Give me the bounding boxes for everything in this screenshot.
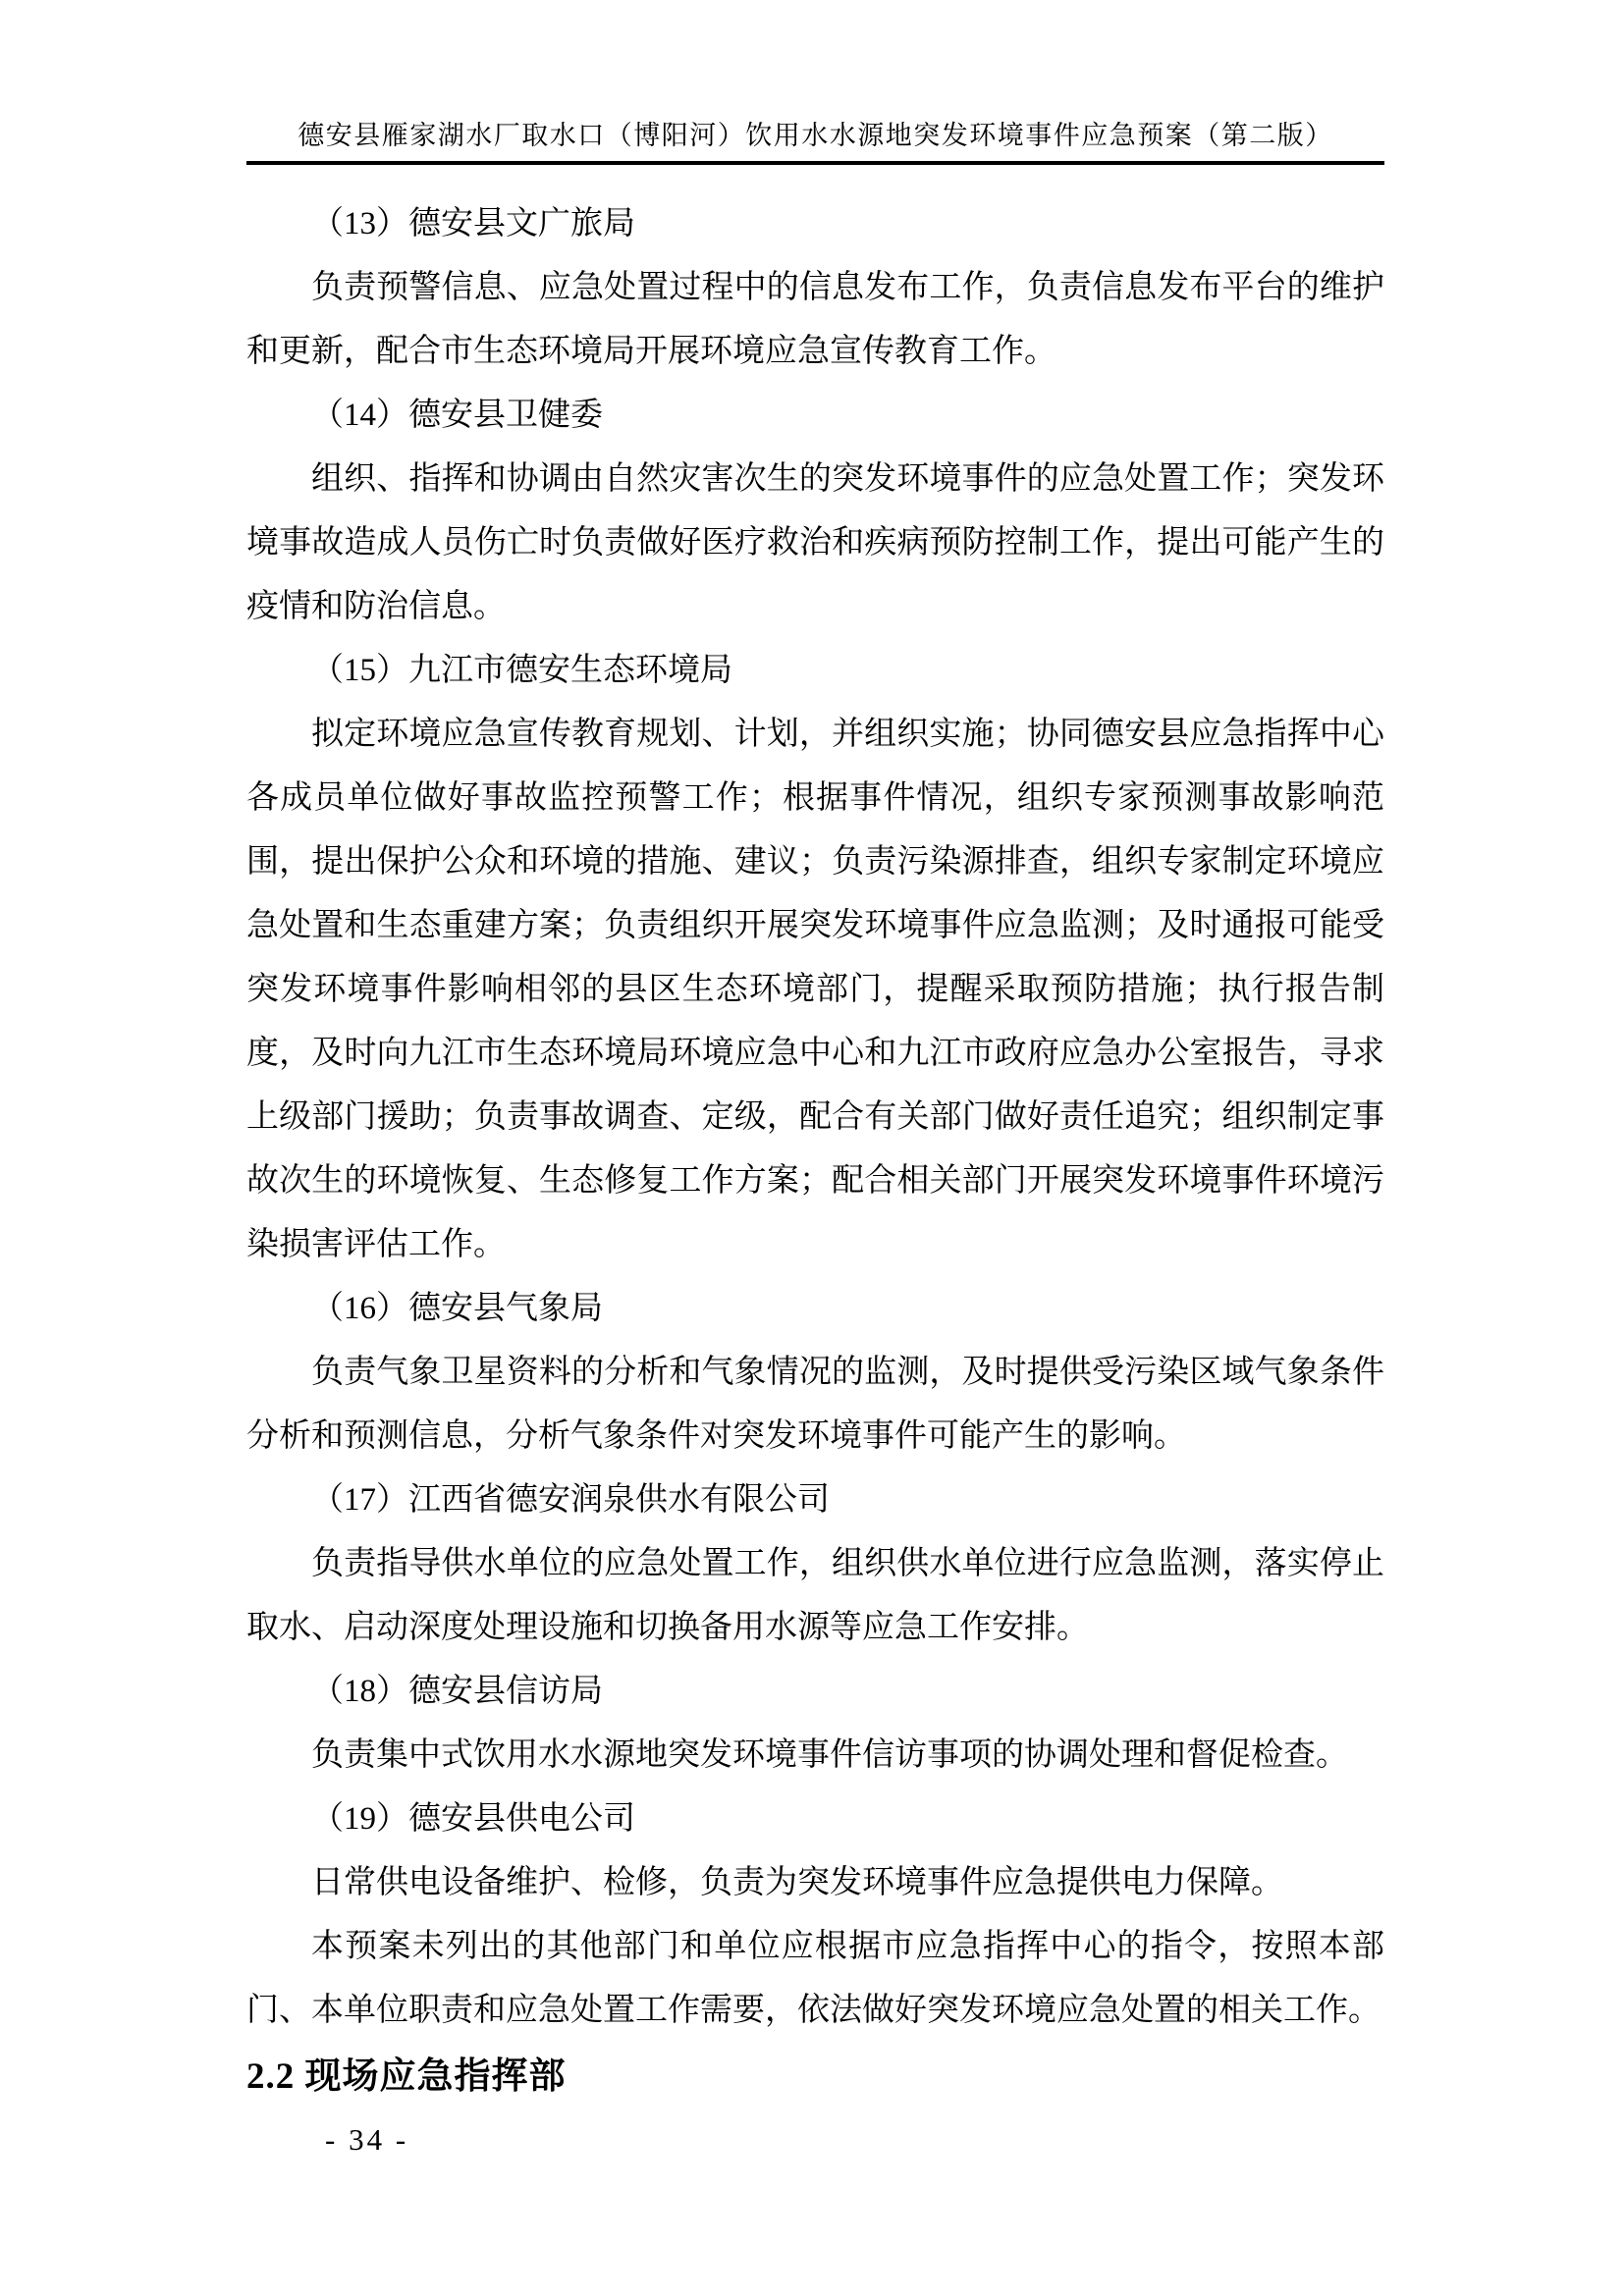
section-13-body: 负责预警信息、应急处置过程中的信息发布工作，负责信息发布平台的维护和更新，配合市… — [246, 256, 1384, 384]
section-13-heading: （13）德安县文广旅局 — [246, 192, 1384, 256]
section-17-heading: （17）江西省德安润泉供水有限公司 — [246, 1468, 1384, 1532]
document-page: 德安县雁家湖水厂取水口（博阳河）饮用水水源地突发环境事件应急预案（第二版） （1… — [0, 0, 1624, 2296]
section-19-heading: （19）德安县供电公司 — [246, 1788, 1384, 1851]
section-18-body: 负责集中式饮用水水源地突发环境事件信访事项的协调处理和督促检查。 — [246, 1724, 1384, 1788]
section-16-body: 负责气象卫星资料的分析和气象情况的监测，及时提供受污染区域气象条件分析和预测信息… — [246, 1341, 1384, 1468]
section-14-body: 组织、指挥和协调由自然灾害次生的突发环境事件的应急处置工作；突发环境事故造成人员… — [246, 448, 1384, 639]
section-15-body: 拟定环境应急宣传教育规划、计划，并组织实施；协同德安县应急指挥中心各成员单位做好… — [246, 703, 1384, 1277]
section-17-body: 负责指导供水单位的应急处置工作，组织供水单位进行应急监测，落实停止取水、启动深度… — [246, 1532, 1384, 1660]
section-14-heading: （14）德安县卫健委 — [246, 384, 1384, 448]
section-19-body: 日常供电设备维护、检修，负责为突发环境事件应急提供电力保障。 — [246, 1851, 1384, 1915]
section-18-heading: （18）德安县信访局 — [246, 1660, 1384, 1724]
document-body: （13）德安县文广旅局 负责预警信息、应急处置过程中的信息发布工作，负责信息发布… — [246, 192, 1384, 2102]
page-header: 德安县雁家湖水厂取水口（博阳河）饮用水水源地突发环境事件应急预案（第二版） — [246, 0, 1384, 165]
page-number: - 34 - — [325, 2122, 408, 2157]
section-15-heading: （15）九江市德安生态环境局 — [246, 639, 1384, 703]
chapter-heading-2-2: 2.2 现场应急指挥部 — [246, 2053, 1384, 2102]
closing-paragraph: 本预案未列出的其他部门和单位应根据市应急指挥中心的指令，按照本部门、本单位职责和… — [246, 1915, 1384, 2043]
page-footer: - 34 - — [246, 2117, 1384, 2163]
section-16-heading: （16）德安县气象局 — [246, 1277, 1384, 1341]
page-header-title: 德安县雁家湖水厂取水口（博阳河）饮用水水源地突发环境事件应急预案（第二版） — [298, 121, 1333, 150]
